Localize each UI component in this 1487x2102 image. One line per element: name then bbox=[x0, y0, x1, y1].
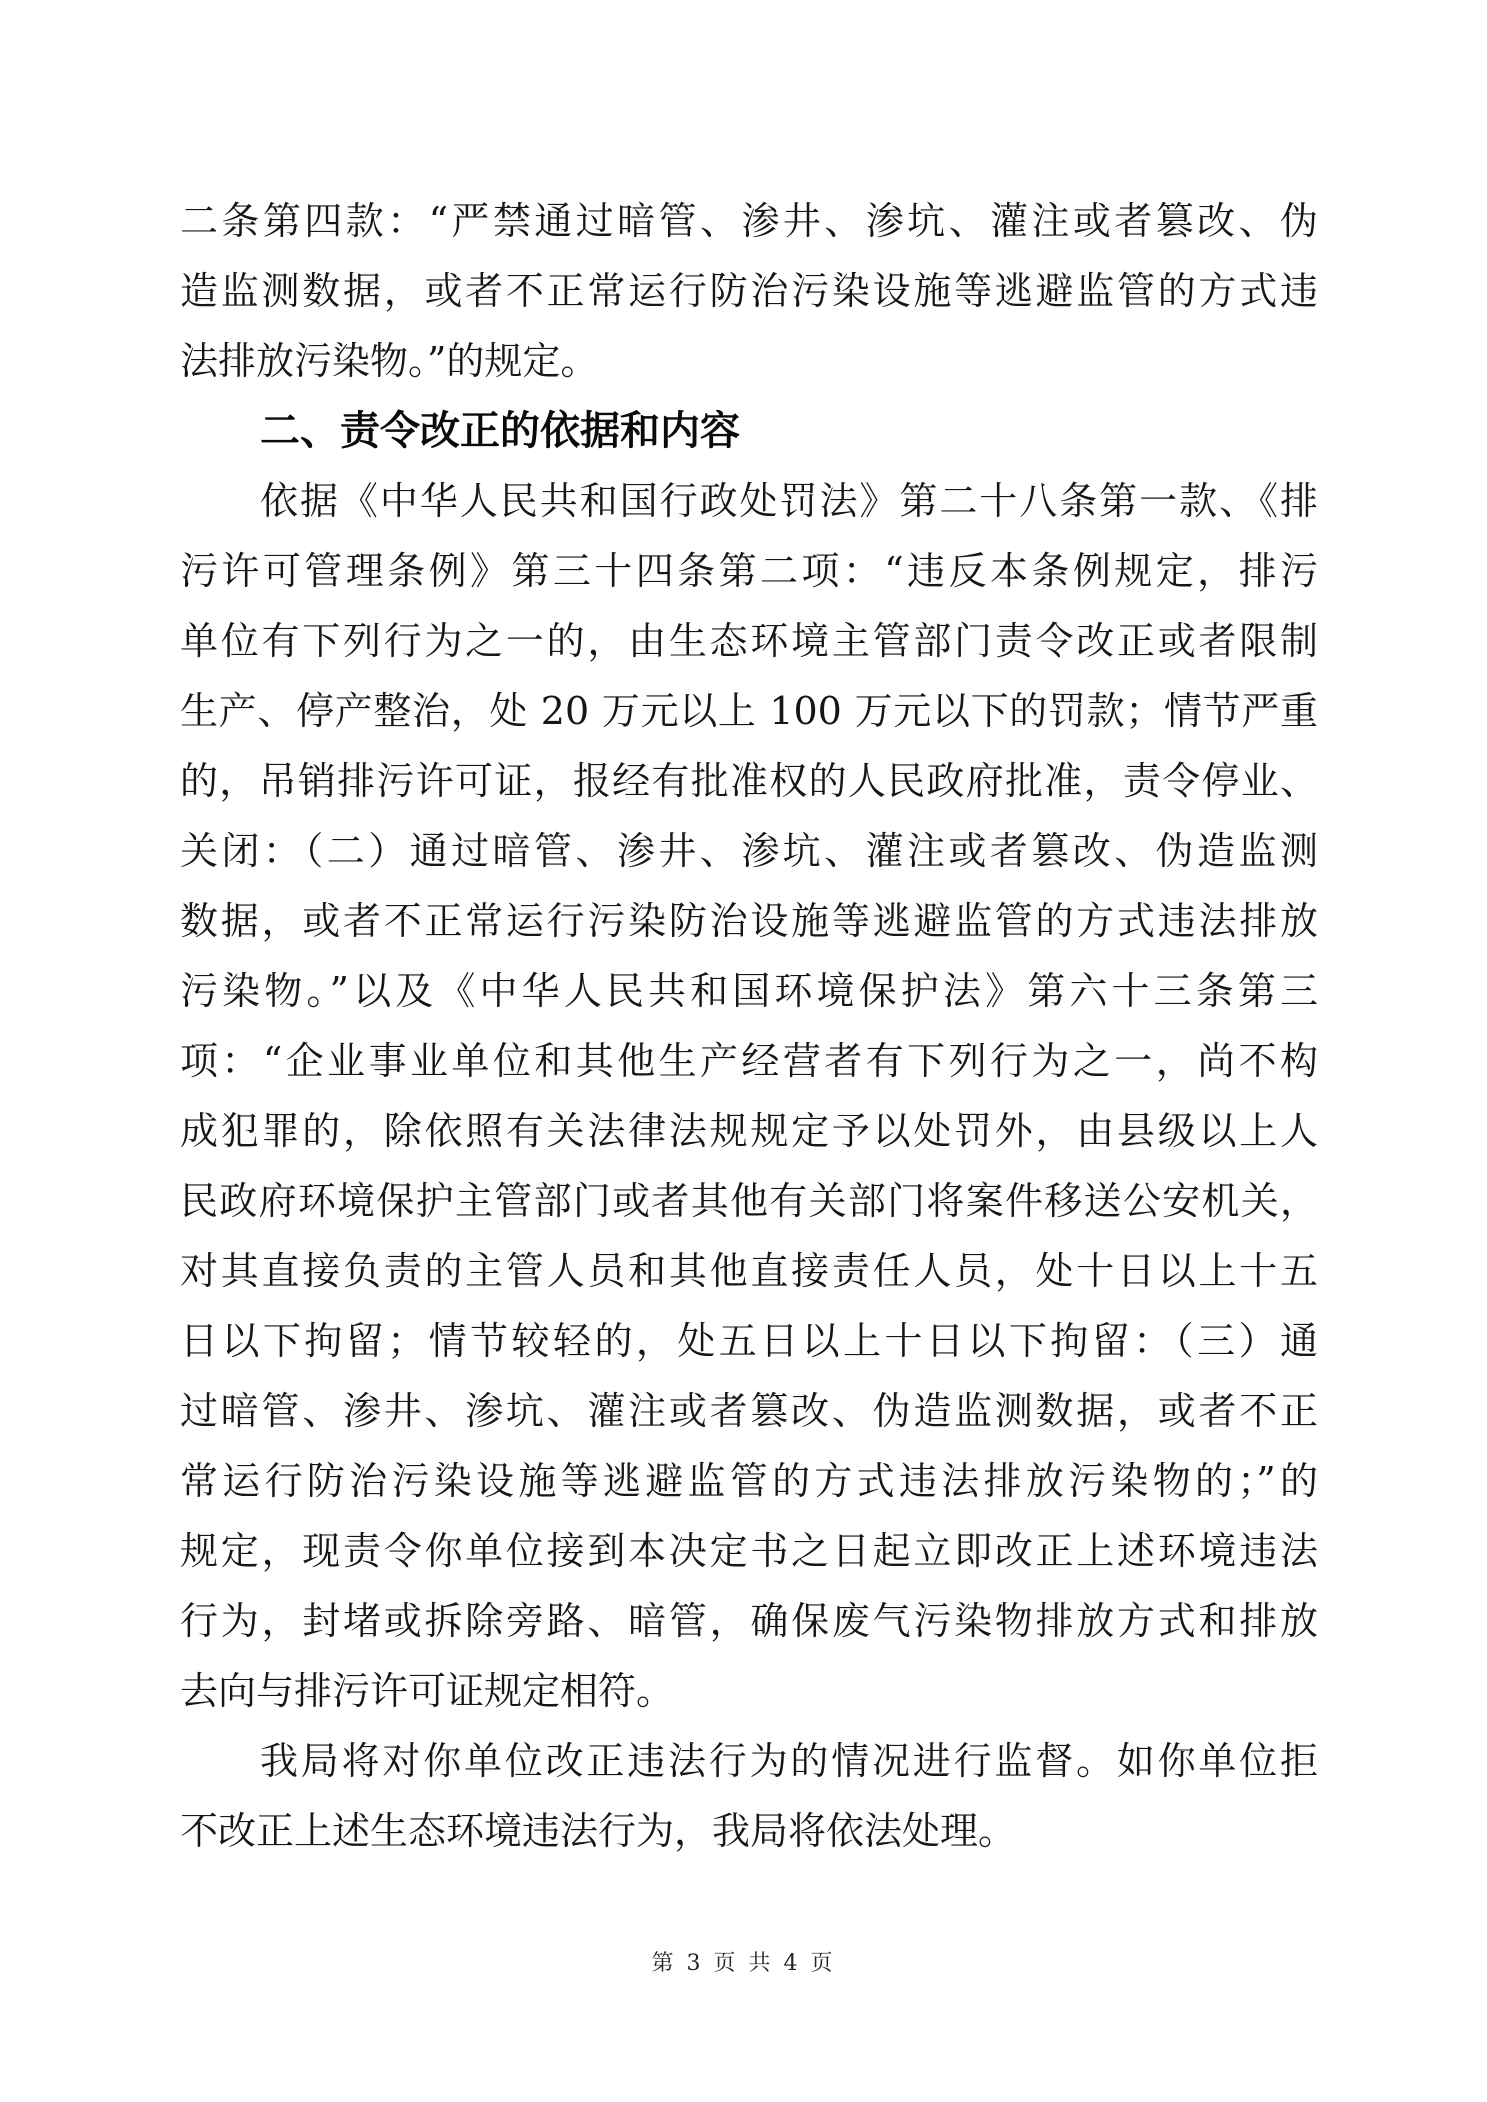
document-line: 对其直接负责的主管人员和其他直接责任人员，处十日以上十五 bbox=[180, 1236, 1318, 1306]
document-line: 日以下拘留；情节较轻的，处五日以上十日以下拘留：（三）通 bbox=[180, 1306, 1318, 1376]
document-line: 二条第四款：“严禁通过暗管、渗井、渗坑、灌注或者篡改、伪 bbox=[180, 186, 1318, 256]
document-line: 数据，或者不正常运行污染防治设施等逃避监管的方式违法排放 bbox=[180, 886, 1318, 956]
document-line: 造监测数据，或者不正常运行防治污染设施等逃避监管的方式违 bbox=[180, 256, 1318, 326]
document-line: 过暗管、渗井、渗坑、灌注或者篡改、伪造监测数据，或者不正 bbox=[180, 1376, 1318, 1446]
page-number-label: 第 3 页 共 4 页 bbox=[652, 1951, 836, 1976]
document-line: 法排放污染物。”的规定。 bbox=[180, 326, 1318, 396]
document-page: 二条第四款：“严禁通过暗管、渗井、渗坑、灌注或者篡改、伪造监测数据，或者不正常运… bbox=[0, 0, 1487, 2102]
section-heading: 二、责令改正的依据和内容 bbox=[180, 396, 1318, 466]
document-line: 项：“企业事业单位和其他生产经营者有下列行为之一，尚不构 bbox=[180, 1026, 1318, 1096]
document-line: 污染物。”以及《中华人民共和国环境保护法》第六十三条第三 bbox=[180, 956, 1318, 1026]
document-line: 的，吊销排污许可证，报经有批准权的人民政府批准，责令停业、 bbox=[180, 746, 1318, 816]
document-line: 单位有下列行为之一的，由生态环境主管部门责令改正或者限制 bbox=[180, 606, 1318, 676]
document-line: 去向与排污许可证规定相符。 bbox=[180, 1656, 1318, 1726]
document-line: 污许可管理条例》第三十四条第二项：“违反本条例规定，排污 bbox=[180, 536, 1318, 606]
document-line: 生产、停产整治，处 20 万元以上 100 万元以下的罚款；情节严重 bbox=[180, 676, 1318, 746]
document-line: 民政府环境保护主管部门或者其他有关部门将案件移送公安机关， bbox=[180, 1166, 1318, 1236]
document-line: 规定，现责令你单位接到本决定书之日起立即改正上述环境违法 bbox=[180, 1516, 1318, 1586]
document-line: 成犯罪的，除依照有关法律法规规定予以处罚外，由县级以上人 bbox=[180, 1096, 1318, 1166]
page-footer: 第 3 页 共 4 页 bbox=[0, 1946, 1487, 1977]
document-body: 二条第四款：“严禁通过暗管、渗井、渗坑、灌注或者篡改、伪造监测数据，或者不正常运… bbox=[180, 186, 1318, 1866]
document-line: 不改正上述生态环境违法行为，我局将依法处理。 bbox=[180, 1796, 1318, 1866]
document-line: 关闭：（二）通过暗管、渗井、渗坑、灌注或者篡改、伪造监测 bbox=[180, 816, 1318, 886]
document-line: 依据《中华人民共和国行政处罚法》第二十八条第一款、《排 bbox=[180, 466, 1318, 536]
document-line: 行为，封堵或拆除旁路、暗管，确保废气污染物排放方式和排放 bbox=[180, 1586, 1318, 1656]
document-line: 我局将对你单位改正违法行为的情况进行监督。如你单位拒 bbox=[180, 1726, 1318, 1796]
document-line: 常运行防治污染设施等逃避监管的方式违法排放污染物的；”的 bbox=[180, 1446, 1318, 1516]
